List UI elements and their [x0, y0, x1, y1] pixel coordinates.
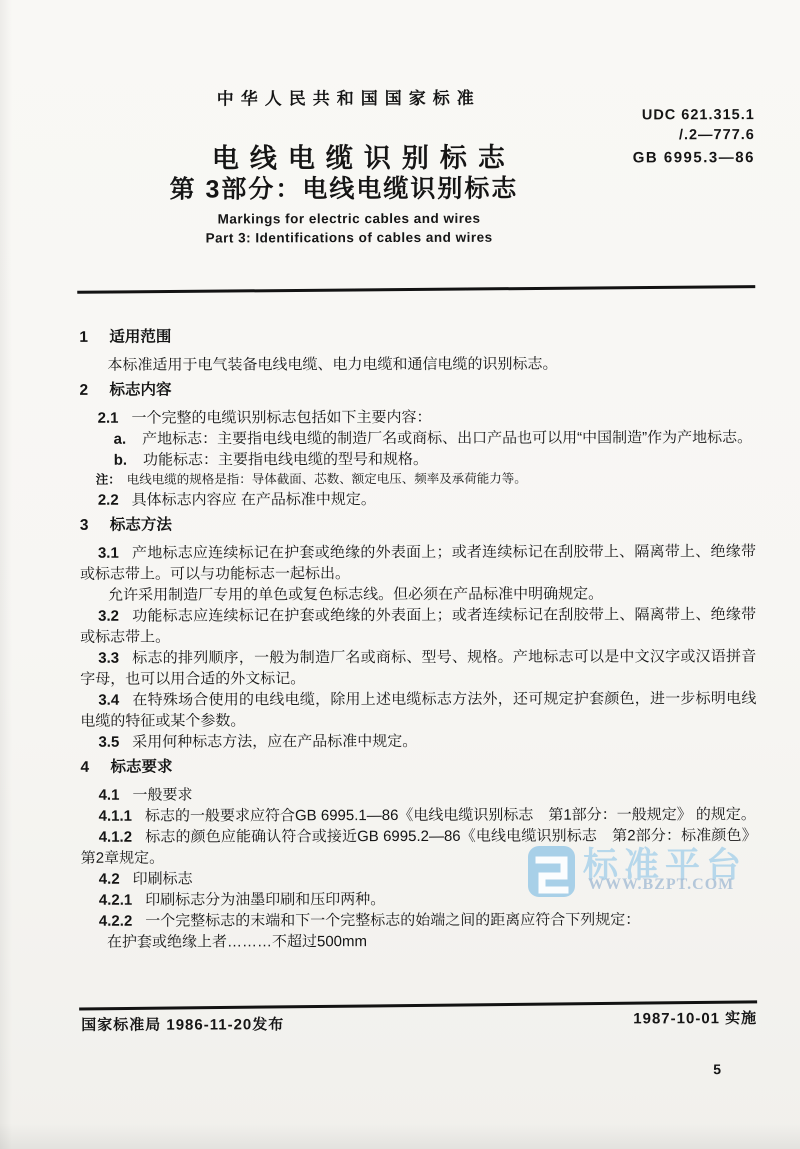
clause: 4.2.1印刷标志分为油墨印刷和压印两种。 [81, 888, 757, 911]
document-body: 1适用范围 本标准适用于电气装备电线电缆、电力电缆和通信电缆的识别标志。 2标志… [79, 321, 757, 953]
section-heading: 1适用范围 [79, 325, 755, 349]
clause: 允许采用制造厂专用的单色或复色标志线。但必须在产品标准中明确规定。 [80, 583, 756, 606]
footer-issue-info: 国家标准局 1986-11-20发布 [81, 1013, 284, 1035]
section-heading: 4标志要求 [80, 755, 756, 779]
section-scope: 1适用范围 本标准适用于电气装备电线电缆、电力电缆和通信电缆的识别标志。 [79, 325, 755, 376]
udc-line1: UDC 621.315.1 [642, 105, 755, 125]
clause: 4.2.2一个完整标志的末端和下一个完整标志的始端之间的距离应符合下列规定： [81, 909, 757, 932]
document-subtitle-cn: 第 3部分：电线电缆识别标志 [49, 168, 639, 206]
section-title-text: 标志方法 [110, 517, 172, 534]
section-marking-requirements: 4标志要求 4.1一般要求 4.1.1标志的一般要求应符合GB 6995.1—8… [80, 755, 757, 953]
clause: 3.2功能标志应连续标记在护套或绝缘的外表面上；或者连续标记在刮胶带上、隔离带上… [80, 604, 756, 648]
clause-item-b: b.功能标志：主要指电线电缆的型号和规格。 [80, 448, 756, 471]
clause: 4.1一般要求 [81, 783, 757, 806]
section-number: 2 [79, 380, 93, 402]
footer-implementation-info: 1987-10-01 实施 [633, 1007, 757, 1028]
clause: 3.1产地标志应连续标记在护套或绝缘的外表面上；或者连续标记在刮胶带上、隔离带上… [80, 541, 756, 585]
scanned-standard-document-page: 标准平台 WWW.BZPT.COM 中华人民共和国国家标准 UDC 621.31… [0, 0, 800, 1149]
clause-note: 注：电线电缆的规格是指：导体截面、芯数、额定电压、频率及承荷能力等。 [80, 469, 756, 490]
section-heading: 3标志方法 [80, 513, 756, 537]
clause: 3.4在特殊场合使用的电线电缆，除用上述电缆标志方法外，还可规定护套颜色，进一步… [80, 688, 756, 732]
header-divider-rule [77, 285, 755, 294]
section-title-text: 标志内容 [109, 382, 171, 399]
clause: 3.3标志的排列顺序，一般为制造厂名或商标、型号、规格。产地标志可以是中文汉字或… [80, 646, 756, 690]
clause: 3.5采用何种标志方法，应在产品标准中规定。 [80, 730, 756, 753]
section-number: 3 [80, 515, 94, 537]
page-number: 5 [713, 1061, 721, 1077]
national-standard-label: 中华人民共和国国家标准 [69, 83, 629, 109]
section-number: 4 [80, 757, 94, 779]
clause: 4.1.1标志的一般要求应符合GB 6995.1—86《电线电缆识别标志 第1部… [81, 804, 757, 827]
section-marking-methods: 3标志方法 3.1产地标志应连续标记在护套或绝缘的外表面上；或者连续标记在刮胶带… [80, 513, 757, 753]
clause: 4.1.2标志的颜色应能确认符合或接近GB 6995.2—86《电线电缆识别标志… [81, 825, 757, 869]
section-heading: 2标志内容 [79, 378, 755, 402]
section-title-text: 适用范围 [109, 329, 171, 346]
document-title-en: Markings for electric cables and wires [69, 210, 629, 226]
clause: 2.2具体标志内容应 在产品标准中规定。 [80, 488, 756, 511]
clause: 本标准适用于电气装备电线电缆、电力电缆和通信电缆的识别标志。 [79, 353, 755, 376]
section-title-text: 标志要求 [110, 759, 172, 776]
clause-result-line: 在护套或绝缘上者………不超过500mm [81, 930, 757, 953]
clause-item-a: a.产地标志：主要指电线电缆的制造厂名或商标、出口产品也可以用“中国制造”作为产… [80, 427, 756, 450]
clause: 4.2印刷标志 [81, 867, 757, 890]
section-marking-content: 2标志内容 2.1一个完整的电缆识别标志包括如下主要内容： a.产地标志：主要指… [79, 378, 755, 511]
document-subtitle-en: Part 3: Identifications of cables and wi… [69, 229, 629, 245]
clause: 2.1一个完整的电缆识别标志包括如下主要内容： [80, 406, 756, 429]
section-number: 1 [79, 327, 93, 349]
